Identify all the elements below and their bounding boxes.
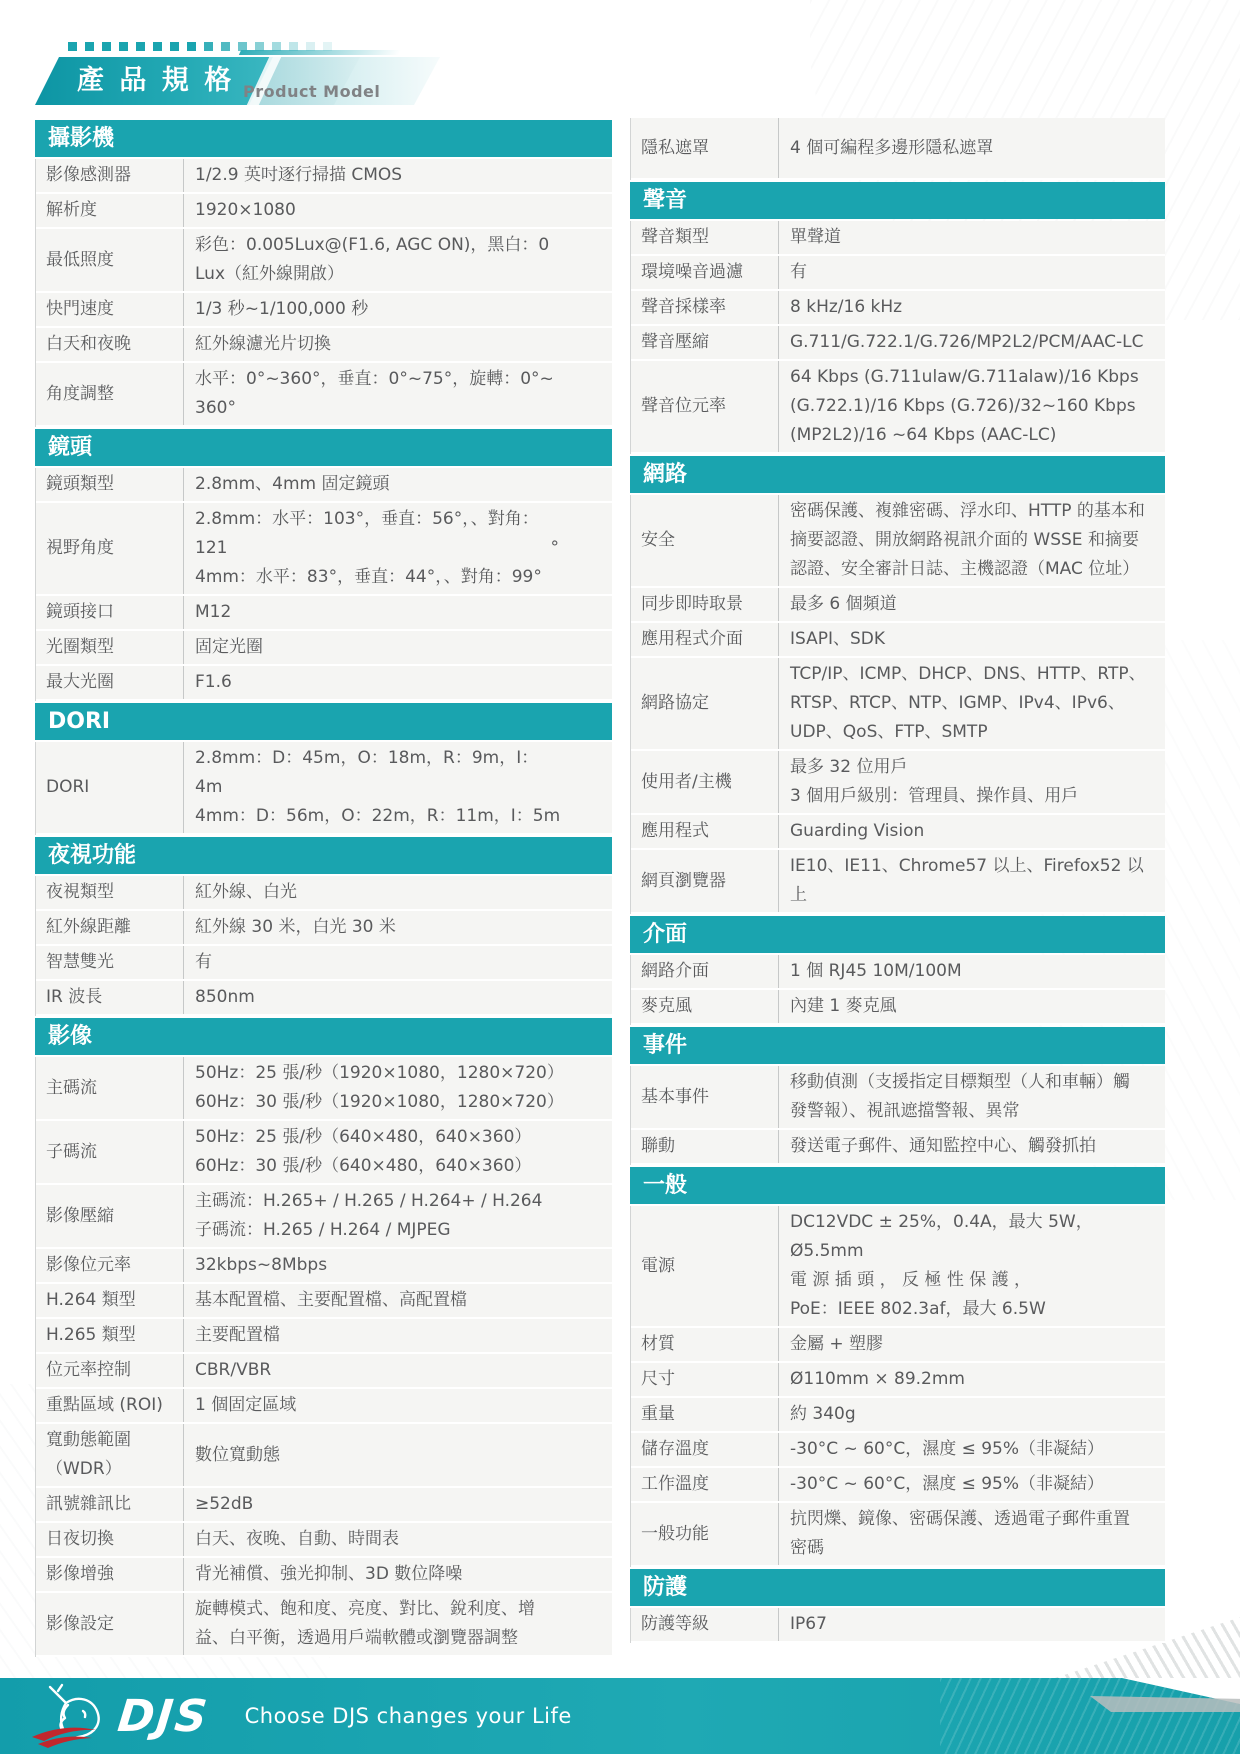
spec-label: 基本事件 [631,1066,779,1128]
spec-column-right: 隱私遮罩4 個可編程多邊形隱私遮罩聲音聲音類型單聲道環境噪音過濾有聲音採樣率8 … [630,118,1165,1643]
spec-value: 4 個可編程多邊形隱私遮罩 [779,132,1165,165]
spec-label: 網頁瀏覽器 [631,850,779,912]
section-header: 一般 [630,1167,1165,1204]
section-body: 主碼流50Hz：25 張/秒（1920×1080，1280×720） 60Hz：… [35,1057,612,1657]
section-header: 防護 [630,1569,1165,1606]
decor-square [221,42,230,51]
spec-label: 同步即時取景 [631,588,779,621]
spec-row: 網路介面1 個 RJ45 10M/100M [631,955,1165,990]
section-body: 防護等級IP67 [630,1608,1165,1643]
decor-square [153,42,162,51]
spec-value: IE10、IE11、Chrome57 以上、Firefox52 以上 [779,850,1165,912]
spec-label: 鏡頭類型 [36,468,184,501]
spec-value: 最多 32 位用戶 3 個用戶級別：管理員、操作員、用戶 [779,751,1165,813]
spec-row: 電源DC12VDC ± 25%，0.4A，最大 5W，Ø5.5mm 電 源 插 … [631,1206,1165,1328]
spec-label: 重量 [631,1398,779,1431]
spec-row: 鏡頭接口M12 [36,596,612,631]
product-model-label: Product Model [243,82,380,101]
spec-row: DORI2.8mm：D：45m，O：18m，R：9m，I： 4m 4mm：D：5… [36,742,612,835]
spec-row: 主碼流50Hz：25 張/秒（1920×1080，1280×720） 60Hz：… [36,1057,612,1121]
decor-square [119,42,128,51]
spec-label: 寬動態範圍（WDR） [36,1424,184,1486]
spec-label: 訊號雜訊比 [36,1488,184,1521]
spec-row: 影像壓縮主碼流：H.265+ / H.265 / H.264+ / H.264 … [36,1185,612,1249]
decor-square [187,42,196,51]
decor-square [204,42,213,51]
spec-value: Ø110mm × 89.2mm [779,1363,1165,1396]
unicorn-logo-icon [28,1681,124,1751]
spec-value: 64 Kbps (G.711ulaw/G.711alaw)/16 Kbps (G… [779,361,1165,452]
spec-row: 快門速度1/3 秒~1/100,000 秒 [36,293,612,328]
spec-value: 850nm [184,981,612,1014]
spec-label: H.265 類型 [36,1319,184,1352]
spec-row: 聲音壓縮G.711/G.722.1/G.726/MP2L2/PCM/AAC-LC [631,326,1165,361]
spec-value: -30°C ~ 60°C，濕度 ≤ 95%（非凝結） [779,1433,1165,1466]
spec-value: 主要配置檔 [184,1319,612,1352]
spec-label: 應用程式介面 [631,623,779,656]
spec-value: ≥52dB [184,1488,612,1521]
spec-row: 尺寸Ø110mm × 89.2mm [631,1363,1165,1398]
spec-label: 電源 [631,1206,779,1326]
section-body: 基本事件移動偵測（支援指定目標類型（人和車輛）觸 發警報）、視訊遮擋警報、異常聯… [630,1066,1165,1165]
spec-value: 固定光圈 [184,631,612,664]
decor-square [68,42,77,51]
decor-square [170,42,179,51]
spec-row: 最大光圈F1.6 [36,666,612,701]
spec-label: 日夜切換 [36,1523,184,1556]
spec-row: 寬動態範圍（WDR）數位寬動態 [36,1424,612,1488]
spec-label: 重點區域 (ROI) [36,1389,184,1422]
spec-value: M12 [184,596,612,629]
spec-row: 白天和夜晚紅外線濾光片切換 [36,328,612,363]
spec-value: 32kbps~8Mbps [184,1249,612,1282]
spec-column-left: 攝影機影像感測器1/2.9 英吋逐行掃描 CMOS解析度1920×1080最低照… [35,118,612,1657]
spec-row: 影像位元率32kbps~8Mbps [36,1249,612,1284]
spec-row: 安全密碼保護、複雜密碼、浮水印、HTTP 的基本和 摘要認證、開放網路視訊介面的… [631,495,1165,588]
section-header: 鏡頭 [35,429,612,466]
spec-row: 夜視類型紅外線、白光 [36,876,612,911]
spec-row: 影像感測器1/2.9 英吋逐行掃描 CMOS [36,159,612,194]
spec-label: 聯動 [631,1130,779,1163]
spec-label: 工作溫度 [631,1468,779,1501]
spec-value: 有 [779,256,1165,289]
spec-label: 環境噪音過濾 [631,256,779,289]
spec-value: DC12VDC ± 25%，0.4A，最大 5W，Ø5.5mm 電 源 插 頭 … [779,1206,1165,1326]
spec-value: 1920×1080 [184,194,612,227]
spec-value: 8 kHz/16 kHz [779,291,1165,324]
spec-row: 環境噪音過濾有 [631,256,1165,291]
spec-value: 移動偵測（支援指定目標類型（人和車輛）觸 發警報）、視訊遮擋警報、異常 [779,1066,1165,1128]
spec-value: 紅外線濾光片切換 [184,328,612,361]
spec-row: 鏡頭類型2.8mm、4mm 固定鏡頭 [36,468,612,503]
spec-value: 紅外線 30 米，白光 30 米 [184,911,612,944]
spec-row: 訊號雜訊比≥52dB [36,1488,612,1523]
spec-label: 夜視類型 [36,876,184,909]
spec-value: 彩色：0.005Lux@(F1.6, AGC ON)，黑白：0 Lux（紅外線開… [184,229,612,291]
spec-label: IR 波長 [36,981,184,1014]
page-title: 產 品 規 格 [77,65,234,96]
spec-row: 聲音位元率64 Kbps (G.711ulaw/G.711alaw)/16 Kb… [631,361,1165,454]
spec-value: 基本配置檔、主要配置檔、高配置檔 [184,1284,612,1317]
spec-value: 有 [184,946,612,979]
spec-label: 紅外線距離 [36,911,184,944]
spec-value: 1/3 秒~1/100,000 秒 [184,293,612,326]
spec-label: 位元率控制 [36,1354,184,1387]
section-header: 事件 [630,1027,1165,1064]
spec-value: 主碼流：H.265+ / H.265 / H.264+ / H.264 子碼流：… [184,1185,612,1247]
spec-label: DORI [36,742,184,833]
spec-value: G.711/G.722.1/G.726/MP2L2/PCM/AAC-LC [779,326,1165,359]
spec-value: 內建 1 麥克風 [779,990,1165,1023]
spec-value: 50Hz：25 張/秒（640×480，640×360） 60Hz：30 張/秒… [184,1121,612,1183]
spec-value: 數位寬動態 [184,1439,612,1472]
page-title-banner: 產 品 規 格 [35,57,273,105]
spec-value: 密碼保護、複雜密碼、浮水印、HTTP 的基本和 摘要認證、開放網路視訊介面的 W… [779,495,1165,586]
section-body: 網路介面1 個 RJ45 10M/100M麥克風內建 1 麥克風 [630,955,1165,1025]
section-body: DORI2.8mm：D：45m，O：18m，R：9m，I： 4m 4mm：D：5… [35,742,612,835]
spec-row: 解析度1920×1080 [36,194,612,229]
spec-value: 1/2.9 英吋逐行掃描 CMOS [184,159,612,192]
spec-label: 白天和夜晚 [36,328,184,361]
spec-value: 約 340g [779,1398,1165,1431]
spec-row: 使用者/主機最多 32 位用戶 3 個用戶級別：管理員、操作員、用戶 [631,751,1165,815]
spec-row: 子碼流50Hz：25 張/秒（640×480，640×360） 60Hz：30 … [36,1121,612,1185]
spec-label: 使用者/主機 [631,751,779,813]
spec-value: 2.8mm、4mm 固定鏡頭 [184,468,612,501]
spec-label: 聲音類型 [631,221,779,254]
spec-row: 隱私遮罩4 個可編程多邊形隱私遮罩 [631,118,1165,180]
section-body: 影像感測器1/2.9 英吋逐行掃描 CMOS解析度1920×1080最低照度彩色… [35,159,612,427]
spec-value: 金屬 + 塑膠 [779,1328,1165,1361]
spec-value: -30°C ~ 60°C，濕度 ≤ 95%（非凝結） [779,1468,1165,1501]
section-header: 聲音 [630,182,1165,219]
spec-label: 影像設定 [36,1593,184,1655]
spec-value: CBR/VBR [184,1354,612,1387]
spec-row: 重量約 340g [631,1398,1165,1433]
section-body: 安全密碼保護、複雜密碼、浮水印、HTTP 的基本和 摘要認證、開放網路視訊介面的… [630,495,1165,914]
decor-square [136,42,145,51]
section-header: 介面 [630,916,1165,953]
spec-label: 尺寸 [631,1363,779,1396]
spec-label: 聲音採樣率 [631,291,779,324]
spec-label: 解析度 [36,194,184,227]
spec-value: IP67 [779,1608,1165,1641]
spec-value: 最多 6 個頻道 [779,588,1165,621]
spec-value: F1.6 [184,666,612,699]
spec-row: H.264 類型基本配置檔、主要配置檔、高配置檔 [36,1284,612,1319]
section-body: 夜視類型紅外線、白光紅外線距離紅外線 30 米，白光 30 米智慧雙光有IR 波… [35,876,612,1016]
spec-label: 主碼流 [36,1057,184,1119]
decor-square [102,42,111,51]
spec-label: 鏡頭接口 [36,596,184,629]
spec-label: 影像增強 [36,1558,184,1591]
spec-row: 影像設定旋轉模式、飽和度、亮度、對比、銳利度、增 益、白平衡，透過用戶端軟體或瀏… [36,1593,612,1657]
spec-label: 影像感測器 [36,159,184,192]
footer-banner: DJS Choose DJS changes your Life [0,1678,1240,1754]
spec-row: 網路協定TCP/IP、ICMP、DHCP、DNS、HTTP、RTP、 RTSP、… [631,658,1165,751]
spec-row: 工作溫度-30°C ~ 60°C，濕度 ≤ 95%（非凝結） [631,1468,1165,1503]
section-header: 影像 [35,1018,612,1055]
spec-label: 智慧雙光 [36,946,184,979]
section-header: 攝影機 [35,120,612,157]
spec-label: 儲存溫度 [631,1433,779,1466]
spec-row: 防護等級IP67 [631,1608,1165,1643]
spec-label: 防護等級 [631,1608,779,1641]
spec-row: 重點區域 (ROI)1 個固定區域 [36,1389,612,1424]
spec-value: 2.8mm：D：45m，O：18m，R：9m，I： 4m 4mm：D：56m，O… [184,742,612,833]
spec-row: 影像增強背光補償、強光抑制、3D 數位降噪 [36,1558,612,1593]
section-body: 隱私遮罩4 個可編程多邊形隱私遮罩 [630,118,1165,180]
spec-row: 儲存溫度-30°C ~ 60°C，濕度 ≤ 95%（非凝結） [631,1433,1165,1468]
brand-name: DJS [115,1691,211,1742]
spec-row: 最低照度彩色：0.005Lux@(F1.6, AGC ON)，黑白：0 Lux（… [36,229,612,293]
spec-label: 網路介面 [631,955,779,988]
spec-label: 安全 [631,495,779,586]
spec-row: 一般功能抗閃爍、鏡像、密碼保護、透過電子郵件重置 密碼 [631,1503,1165,1567]
spec-row: 聲音採樣率8 kHz/16 kHz [631,291,1165,326]
spec-value: 旋轉模式、飽和度、亮度、對比、銳利度、增 益、白平衡，透過用戶端軟體或瀏覽器調整 [184,1593,612,1655]
spec-value: 單聲道 [779,221,1165,254]
spec-value: 抗閃爍、鏡像、密碼保護、透過電子郵件重置 密碼 [779,1503,1165,1565]
spec-label: 視野角度 [36,503,184,594]
spec-row: 基本事件移動偵測（支援指定目標類型（人和車輛）觸 發警報）、視訊遮擋警報、異常 [631,1066,1165,1130]
spec-value: 1 個 RJ45 10M/100M [779,955,1165,988]
spec-value: 紅外線、白光 [184,876,612,909]
spec-row: 日夜切換白天、夜晚、自動、時間表 [36,1523,612,1558]
footer-tagline: Choose DJS changes your Life [245,1704,572,1728]
spec-label: 網路協定 [631,658,779,749]
spec-label: 麥克風 [631,990,779,1023]
spec-label: 隱私遮罩 [631,118,779,178]
spec-row: 聲音類型單聲道 [631,221,1165,256]
section-header: DORI [35,703,612,740]
spec-value: 1 個固定區域 [184,1389,612,1422]
spec-label: 一般功能 [631,1503,779,1565]
spec-label: 影像壓縮 [36,1185,184,1247]
spec-row: 網頁瀏覽器IE10、IE11、Chrome57 以上、Firefox52 以上 [631,850,1165,914]
banner-topline-decoration [239,50,401,55]
spec-value: 發送電子郵件、通知監控中心、觸發抓拍 [779,1130,1165,1163]
spec-label: 聲音壓縮 [631,326,779,359]
spec-row: 應用程式Guarding Vision [631,815,1165,850]
spec-row: 麥克風內建 1 麥克風 [631,990,1165,1025]
spec-row: H.265 類型主要配置檔 [36,1319,612,1354]
spec-value: ISAPI、SDK [779,623,1165,656]
spec-row: 角度調整水平：0°~360°，垂直：0°~75°，旋轉：0°~ 360° [36,363,612,427]
spec-row: IR 波長850nm [36,981,612,1016]
spec-value: 水平：0°~360°，垂直：0°~75°，旋轉：0°~ 360° [184,363,612,425]
spec-row: 視野角度2.8mm：水平：103°，垂直：56°，、對角： 121 ° 4mm：… [36,503,612,596]
spec-value: TCP/IP、ICMP、DHCP、DNS、HTTP、RTP、 RTSP、RTCP… [779,658,1165,749]
spec-value: 50Hz：25 張/秒（1920×1080，1280×720） 60Hz：30 … [184,1057,612,1119]
section-body: 聲音類型單聲道環境噪音過濾有聲音採樣率8 kHz/16 kHz聲音壓縮G.711… [630,221,1165,454]
spec-label: 子碼流 [36,1121,184,1183]
spec-row: 材質金屬 + 塑膠 [631,1328,1165,1363]
spec-label: 最低照度 [36,229,184,291]
spec-label: 光圈類型 [36,631,184,664]
section-body: 鏡頭類型2.8mm、4mm 固定鏡頭視野角度2.8mm：水平：103°，垂直：5… [35,468,612,701]
spec-value: 白天、夜晚、自動、時間表 [184,1523,612,1556]
spec-value: 背光補償、強光抑制、3D 數位降噪 [184,1558,612,1591]
spec-row: 智慧雙光有 [36,946,612,981]
spec-label: H.264 類型 [36,1284,184,1317]
spec-row: 位元率控制CBR/VBR [36,1354,612,1389]
brand-logo: DJS Choose DJS changes your Life [28,1680,572,1752]
decor-square [85,42,94,51]
section-header: 夜視功能 [35,837,612,874]
spec-label: 快門速度 [36,293,184,326]
spec-row: 同步即時取景最多 6 個頻道 [631,588,1165,623]
spec-sheet-page: 產 品 規 格 Product Model 攝影機影像感測器1/2.9 英吋逐行… [0,0,1240,1754]
spec-value: Guarding Vision [779,815,1165,848]
spec-row: 紅外線距離紅外線 30 米，白光 30 米 [36,911,612,946]
spec-row: 應用程式介面ISAPI、SDK [631,623,1165,658]
spec-label: 材質 [631,1328,779,1361]
spec-row: 聯動發送電子郵件、通知監控中心、觸發抓拍 [631,1130,1165,1165]
spec-value: 2.8mm：水平：103°，垂直：56°，、對角： 121 ° 4mm：水平：8… [184,503,612,594]
spec-label: 應用程式 [631,815,779,848]
spec-label: 聲音位元率 [631,361,779,452]
spec-label: 角度調整 [36,363,184,425]
spec-label: 影像位元率 [36,1249,184,1282]
section-body: 電源DC12VDC ± 25%，0.4A，最大 5W，Ø5.5mm 電 源 插 … [630,1206,1165,1567]
spec-label: 最大光圈 [36,666,184,699]
spec-row: 光圈類型固定光圈 [36,631,612,666]
section-header: 網路 [630,456,1165,493]
